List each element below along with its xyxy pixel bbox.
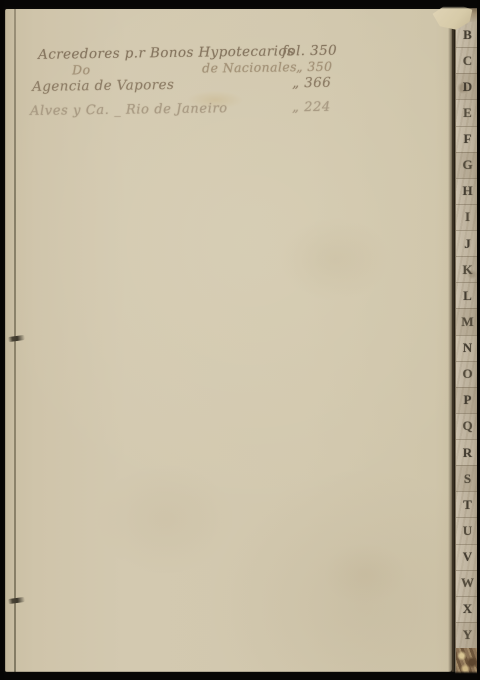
entry-folio: „ 366 [292,75,331,92]
entry-folio: fol. 350 [282,43,337,60]
tab-letter: F [464,131,472,147]
entry-text: Alves y Ca. _ Rio de Janeiro [30,101,228,119]
tab-letter: R [463,445,472,461]
index-tab-u: U [456,517,479,543]
paper-stain [65,439,265,599]
entry-folio: „ 350 [296,59,333,75]
entry-folio: „ 224 [292,100,331,116]
alphabet-tab-strip: BCDEFGHIJKLMNOPQRSTUVWXY [455,8,479,674]
index-tab-d: D [456,73,479,99]
index-tab-f: F [456,126,479,152]
paper-stain [255,199,415,319]
index-tab-p: P [456,387,479,413]
index-tab-t: T [456,491,479,517]
index-tab-l: L [456,282,479,308]
tab-letter: P [464,392,472,408]
index-tab-v: V [456,544,479,570]
index-tab-k: K [456,256,479,282]
tab-letter: H [462,183,472,199]
tab-letter: L [463,288,472,304]
tab-letter: Q [462,418,472,434]
index-tab-g: G [456,152,479,178]
index-tab-i: I [456,204,479,230]
tab-letter: C [463,53,472,69]
index-tab-n: N [456,335,479,361]
tab-letter: E [463,105,472,121]
index-tab-m: M [456,308,479,334]
alphabet-tabs: BCDEFGHIJKLMNOPQRSTUVWXY [456,22,479,648]
index-tab-c: C [456,47,479,73]
photo-border-left [0,0,6,680]
index-tab-s: S [456,465,479,491]
tab-letter: O [462,366,472,382]
index-tab-r: R [456,439,479,465]
tab-letter: X [463,601,472,617]
tab-letter: Y [463,627,472,643]
tab-letter: G [462,157,472,173]
photo-border-bottom [0,671,480,680]
tab-letter: J [464,236,471,252]
index-tab-x: X [456,596,479,622]
tab-letter: D [463,79,472,95]
tab-letter: M [461,314,473,330]
tab-letter: N [463,340,472,356]
tab-letter: V [463,549,472,565]
index-tab-o: O [456,361,479,387]
entry-text: Agencia de Vapores [32,77,174,95]
index-tab-y: Y [456,622,479,648]
page-edge-shadow [448,8,455,672]
tab-letter: I [465,209,470,225]
index-tab-j: J [456,230,479,256]
photo-border-top [0,0,480,9]
entry-ditto: Do [72,62,91,77]
paper-stain [305,529,425,619]
tab-letter: T [463,497,472,513]
index-tab-h: H [456,178,479,204]
tab-letter: S [464,471,471,487]
tab-letter: U [463,523,472,539]
entry-text: de Nacionales [202,59,297,75]
tab-letter: K [462,262,472,278]
index-tab-w: W [456,570,479,596]
index-tab-e: E [456,99,479,125]
tab-letter: B [463,27,472,43]
tab-letter: W [461,575,474,591]
scanned-ledger-photo: Acreedores p.r Bonos Hypotecarios fol. 3… [0,0,480,680]
index-tab-q: Q [456,413,479,439]
